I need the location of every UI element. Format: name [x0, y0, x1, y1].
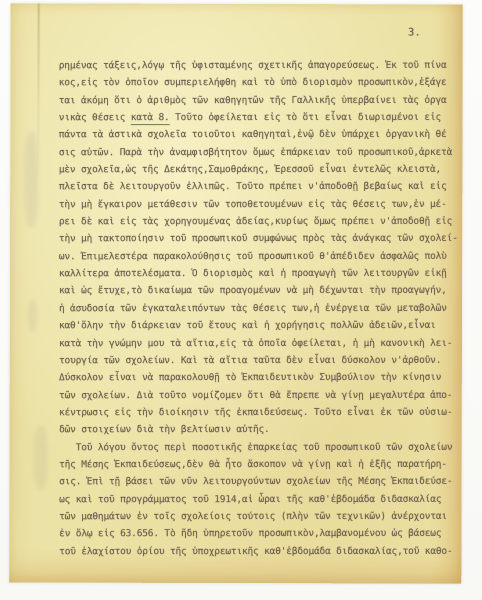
text-line: τὴν μὴ τακτοποίησιν τοῦ προσωπικοῦ συμφώ… — [59, 230, 457, 248]
text-segment: ως καὶ τοῦ προγράμματος τοῦ 1914,αἱ ὧραι… — [59, 493, 441, 504]
text-segment: ἡ ἀσυδοσία τῶν ἐγκαταλειπόντων τὰς θέσει… — [59, 303, 447, 314]
ink-bleed-smudge — [33, 425, 47, 489]
text-segment: τῶν μαθημάτων ἐν τοῖς σχολείοις τούτοις … — [59, 511, 447, 522]
text-segment: καλλίτερα ἀποτελέσματα. Ὁ διορισμὸς καὶ … — [59, 268, 447, 279]
text-segment: ρει δὲ καὶ εἰς τὰς χορηγουμένας ἀδείας,κ… — [59, 216, 452, 227]
text-segment: κέντρωσις εἰς τὴν διοίκησιν τῆς ἐκπαιδεύ… — [59, 407, 452, 418]
ink-bleed-smudge — [28, 299, 37, 331]
text-segment: πλεῖστα δὲ λειτουργοῦν ἐλλιπῶς. Τοῦτο πρ… — [59, 181, 447, 192]
text-line: ται ἀκόμη ὅτι ὁ ἀριθμὸς τῶν καθηγητῶν τῆ… — [59, 92, 457, 110]
text-segment: Δύσκολον εἶναι νὰ παρακολουθῇ τὸ Ἐκπαιδε… — [59, 372, 441, 383]
text-line: δῶν στοιχείων διὰ τὴν βελτίωσιν αὐτῆς. — [59, 421, 457, 439]
text-line: μὲν σχολεῖα,ὡς τῆς Δεκάτης,Σαμοθράκης, Ἐ… — [59, 161, 457, 179]
ink-bleed-smudge — [24, 131, 38, 227]
text-line: τῶν σχολείων. Διὰ τοῦτο νομίζομεν ὅτι θὰ… — [59, 386, 457, 404]
text-segment: ται ἀκόμη ὅτι ὁ ἀριθμὸς τῶν καθηγητῶν τῆ… — [59, 95, 447, 106]
text-segment: μὲν σχολεῖα,ὡς τῆς Δεκάτης,Σαμοθράκης, Ἐ… — [59, 164, 441, 175]
text-line: πλεῖστα δὲ λειτουργοῦν ἐλλιπῶς. Τοῦτο πρ… — [59, 178, 457, 196]
text-segment: σις αὐτῶν. Παρὰ τὴν ἀναμφισβήτητον ὅμως … — [59, 147, 452, 158]
text-segment: τῆς Μέσης Ἐκπαιδεύσεως,δὲν θὰ ἦτο ἄσκοπο… — [59, 459, 447, 470]
paper-crease — [37, 3, 39, 173]
text-segment: κατὰ τὴν γνώμην μου τὰ αἴτια,εἰς τὰ ὁποῖ… — [59, 337, 452, 348]
text-segment: τὴν μὴ ἔγκαιρον μετάθεσιν τῶν τοποθετουμ… — [59, 199, 447, 210]
typewritten-text: ρημένας τάξεις,λόγῳ τῆς ὑφισταμένης σχετ… — [59, 57, 457, 560]
text-line: τῆς Μέσης Ἐκπαιδεύσεως,δὲν θὰ ἦτο ἄσκοπο… — [59, 456, 457, 474]
text-line: καὶ ὡς ἔτυχε,τὸ δικαίωμα τῶν προαγομένων… — [59, 282, 457, 300]
text-segment: Τοῦτο ὀφείλεται εἰς τὸ ὅτι εἶναι διωρισμ… — [170, 112, 441, 123]
text-line: τῶν μαθημάτων ἐν τοῖς σχολείοις τούτοις … — [59, 508, 457, 526]
text-line: σις αὐτῶν. Παρὰ τὴν ἀναμφισβήτητον ὅμως … — [59, 144, 457, 162]
text-line: ρημένας τάξεις,λόγῳ τῆς ὑφισταμένης σχετ… — [59, 57, 457, 75]
text-line: καλλίτερα ἀποτελέσματα. Ὁ διορισμὸς καὶ … — [59, 265, 457, 283]
text-line: καθ'ὅλην τὴν διάρκειαν τοῦ ἔτους καὶ ἡ χ… — [59, 317, 457, 335]
text-segment: ἐν ὅλῳ εἰς 63.656. Τὸ ἤδη ὑπηρετοῦν προσ… — [59, 528, 441, 539]
text-segment: τουργία τῶν σχολείων. Καὶ τὰ αἴτια ταῦτα… — [59, 355, 441, 366]
text-line: ἡ ἀσυδοσία τῶν ἐγκαταλειπόντων τὰς θέσει… — [59, 300, 457, 318]
text-segment: ων. Ἐπιμελεστέρα παρακολούθησις τοῦ προσ… — [59, 251, 447, 262]
text-line: κος,εἰς τὸν ὁποῖον συμπεριελήφθη καὶ τὸ … — [59, 74, 457, 92]
text-segment: κος,εἰς τὸν ὁποῖον συμπεριελήφθη καὶ τὸ … — [59, 77, 447, 88]
text-line: ρει δὲ καὶ εἰς τὰς χορηγουμένας ἀδείας,κ… — [59, 213, 457, 231]
text-segment: καὶ ὡς ἔτυχε,τὸ δικαίωμα τῶν προαγομένων… — [59, 285, 447, 296]
text-segment: Τοῦ λόγου ὄντος περὶ ποσοτικῆς ἐπαρκείας… — [59, 441, 452, 452]
text-segment: δῶν στοιχείων διὰ τὴν βελτίωσιν αὐτῆς. — [59, 424, 270, 435]
text-line: νικὰς θέσεις κατὰ 8. Τοῦτο ὀφείλεται εἰς… — [59, 109, 457, 127]
text-line: ως καὶ τοῦ προγράμματος τοῦ 1914,αἱ ὧραι… — [59, 490, 457, 508]
paper-sheet: 3. ρημένας τάξεις,λόγῳ τῆς ὑφισταμένης σ… — [9, 3, 463, 583]
text-line: ων. Ἐπιμελεστέρα παρακολούθησις τοῦ προσ… — [59, 248, 457, 266]
text-line: κατὰ τὴν γνώμην μου τὰ αἴτια,εἰς τὰ ὁποῖ… — [59, 334, 457, 352]
text-segment: τὴν μὴ τακτοποίησιν τοῦ προσωπικοῦ συμφώ… — [59, 233, 458, 244]
pencil-underline: κατὰ 8. — [131, 112, 170, 125]
text-segment: καθ'ὅλην τὴν διάρκειαν τοῦ ἔτους καὶ ἡ χ… — [59, 320, 436, 331]
text-line: τὴν μὴ ἔγκαιρον μετάθεσιν τῶν τοποθετουμ… — [59, 196, 457, 214]
text-segment: νικὰς θέσεις — [59, 112, 131, 123]
text-line: σις. Ἐπὶ τῇ βάσει τῶν νῦν λειτουργούντων… — [59, 473, 457, 491]
text-segment: ρημένας τάξεις,λόγῳ τῆς ὑφισταμένης σχετ… — [59, 60, 447, 71]
text-segment: σις. Ἐπὶ τῇ βάσει τῶν νῦν λειτουργούντων… — [59, 476, 452, 487]
text-segment: πάντα τὰ ἀστικὰ σχολεῖα τοιοῦτοι καθηγητ… — [59, 129, 447, 140]
text-segment: τῶν σχολείων. Διὰ τοῦτο νομίζομεν ὅτι θὰ… — [59, 389, 452, 400]
text-line: ἐν ὅλῳ εἰς 63.656. Τὸ ἤδη ὑπηρετοῦν προσ… — [59, 525, 457, 543]
text-segment: τοῦ ἐλαχίστου ὁρίου τῆς ὑποχρεωτικῆς καθ… — [59, 546, 452, 557]
text-line: Δύσκολον εἶναι νὰ παρακολουθῇ τὸ Ἐκπαιδε… — [59, 369, 457, 387]
text-line: Τοῦ λόγου ὄντος περὶ ποσοτικῆς ἐπαρκείας… — [59, 438, 457, 456]
text-line: πάντα τὰ ἀστικὰ σχολεῖα τοιοῦτοι καθηγητ… — [59, 126, 457, 144]
text-line: τοῦ ἐλαχίστου ὁρίου τῆς ὑποχρεωτικῆς καθ… — [59, 543, 457, 561]
text-line: τουργία τῶν σχολείων. Καὶ τὰ αἴτια ταῦτα… — [59, 352, 457, 370]
text-line: κέντρωσις εἰς τὴν διοίκησιν τῆς ἐκπαιδεύ… — [59, 404, 457, 422]
page-number: 3. — [408, 26, 421, 38]
